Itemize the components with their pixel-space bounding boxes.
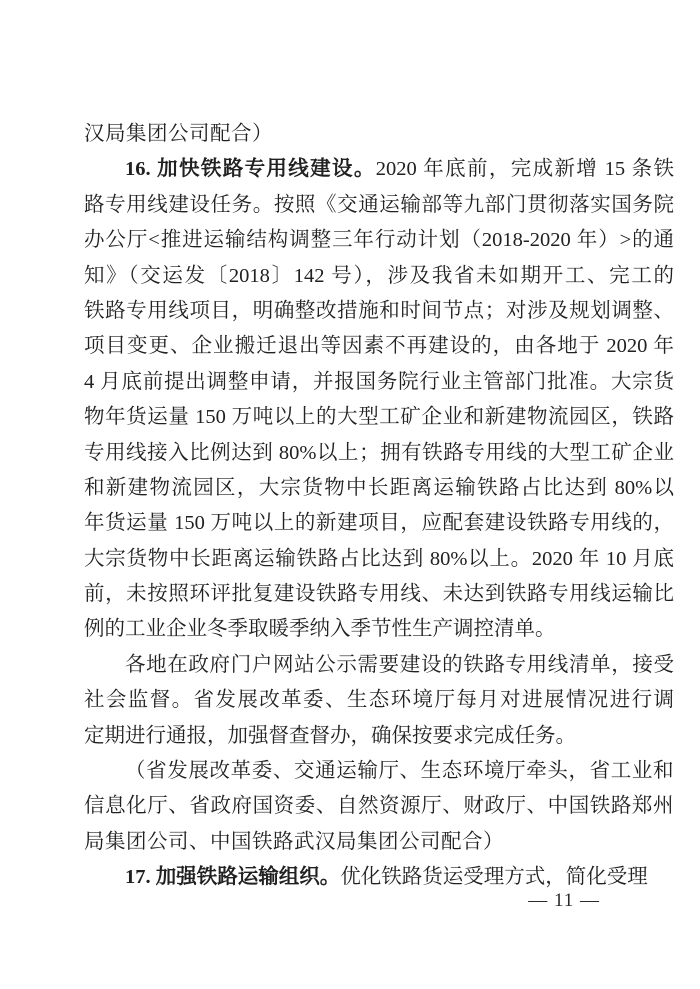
text-run: 项目变更、企业搬迁退出等因素不再建设的，由各地于 2020 年 (84, 335, 674, 357)
section-heading: 16. 加快铁路专用线建设。 (125, 158, 376, 180)
text-run: 定期进行通报，加强督查督办，确保按要求完成任务。 (84, 725, 576, 747)
text-line: 年货运量 150 万吨以上的新建项目，应配套建设铁路专用线的， (84, 506, 674, 541)
text-run: 办公厅<推进运输结构调整三年行动计划（2018-2020 年）>的通 (84, 229, 674, 251)
text-line: 大宗货物中长距离运输铁路占比达到 80%以上。2020 年 10 月底 (84, 542, 674, 577)
text-run: 汉局集团公司配合） (84, 123, 273, 145)
text-run: 大宗货物中长距离运输铁路占比达到 80%以上。2020 年 10 月底 (84, 548, 674, 570)
text-run: 路专用线建设任务。按照《交通运输部等九部门贯彻落实国务院 (84, 194, 674, 216)
section-heading: 17. 加强铁路运输组织。 (125, 866, 340, 888)
text-run: 4 月底前提出调整申请，并报国务院行业主管部门批准。大宗货 (84, 371, 674, 393)
text-line: 各地在政府门户网站公示需要建设的铁路专用线清单，接受 (84, 648, 674, 683)
page-number: — 11 — (0, 890, 700, 912)
text-line: 4 月底前提出调整申请，并报国务院行业主管部门批准。大宗货 (84, 365, 674, 400)
text-run: 前，未按照环评批复建设铁路专用线、未达到铁路专用线运输比 (84, 583, 674, 605)
text-line: 路专用线建设任务。按照《交通运输部等九部门贯彻落实国务院 (84, 188, 674, 223)
document-body: 汉局集团公司配合）16. 加快铁路专用线建设。2020 年底前，完成新增 15 … (84, 117, 674, 896)
text-line: 知》（交运发〔2018〕142 号），涉及我省未如期开工、完工的 (84, 259, 674, 294)
text-line: 物年货运量 150 万吨以上的大型工矿企业和新建物流园区，铁路 (84, 400, 674, 435)
text-line: 局集团公司、中国铁路武汉局集团公司配合） (84, 825, 674, 860)
text-run: 优化铁路货运受理方式，简化受理 (340, 866, 648, 888)
text-run: （省发展改革委、交通运输厅、生态环境厅牵头，省工业和 (125, 760, 674, 782)
text-run: 例的工业企业冬季取暖季纳入季节性生产调控清单。 (84, 618, 556, 640)
text-run: 和新建物流园区，大宗货物中长距离运输铁路占比达到 80%以上。 (84, 477, 674, 506)
text-line: 例的工业企业冬季取暖季纳入季节性生产调控清单。 (84, 612, 674, 647)
text-run: 专用线接入比例达到 80%以上；拥有铁路专用线的大型工矿企业 (84, 442, 674, 464)
text-run: 局集团公司、中国铁路武汉局集团公司配合） (84, 831, 504, 853)
text-line: 项目变更、企业搬迁退出等因素不再建设的，由各地于 2020 年 (84, 329, 674, 364)
text-line: 专用线接入比例达到 80%以上；拥有铁路专用线的大型工矿企业 (84, 436, 674, 471)
text-run: 各地在政府门户网站公示需要建设的铁路专用线清单，接受 (125, 654, 674, 676)
text-line: 信息化厅、省政府国资委、自然资源厅、财政厅、中国铁路郑州 (84, 789, 674, 824)
text-line: 16. 加快铁路专用线建设。2020 年底前，完成新增 15 条铁 (84, 152, 674, 187)
text-run: 铁路专用线项目，明确整改措施和时间节点；对涉及规划调整、 (84, 300, 674, 322)
text-line: 铁路专用线项目，明确整改措施和时间节点；对涉及规划调整、 (84, 294, 674, 329)
text-run: 年货运量 150 万吨以上的新建项目，应配套建设铁路专用线的， (84, 512, 674, 534)
text-run: 信息化厅、省政府国资委、自然资源厅、财政厅、中国铁路郑州 (84, 795, 674, 817)
text-line: 社会监督。省发展改革委、生态环境厅每月对进展情况进行调度， (84, 683, 674, 718)
text-run: 知》（交运发〔2018〕142 号），涉及我省未如期开工、完工的 (84, 265, 674, 287)
text-line: 和新建物流园区，大宗货物中长距离运输铁路占比达到 80%以上。 (84, 471, 674, 506)
document-page: 汉局集团公司配合）16. 加快铁路专用线建设。2020 年底前，完成新增 15 … (0, 0, 700, 989)
text-line: 办公厅<推进运输结构调整三年行动计划（2018-2020 年）>的通 (84, 223, 674, 258)
text-line: 汉局集团公司配合） (84, 117, 674, 152)
text-run: 社会监督。省发展改革委、生态环境厅每月对进展情况进行调度， (84, 689, 674, 718)
text-line: （省发展改革委、交通运输厅、生态环境厅牵头，省工业和 (84, 754, 674, 789)
text-run: 2020 年底前，完成新增 15 条铁 (376, 158, 674, 180)
text-run: 物年货运量 150 万吨以上的大型工矿企业和新建物流园区，铁路 (84, 406, 674, 428)
text-line: 前，未按照环评批复建设铁路专用线、未达到铁路专用线运输比 (84, 577, 674, 612)
text-line: 定期进行通报，加强督查督办，确保按要求完成任务。 (84, 719, 674, 754)
